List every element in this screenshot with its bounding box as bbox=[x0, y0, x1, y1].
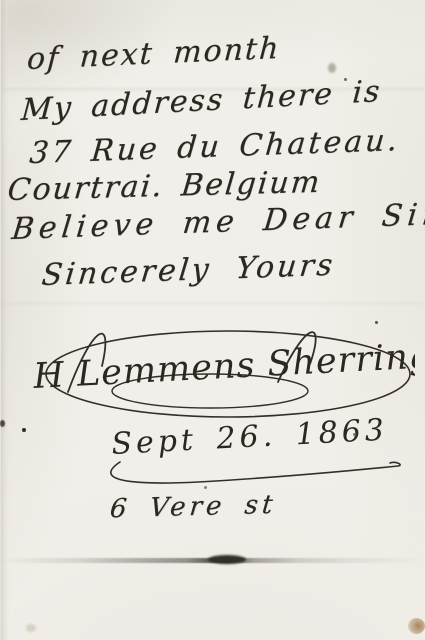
footer-address-line: 6 Vere st bbox=[109, 490, 278, 524]
date-block: Sept 26. 1863 bbox=[88, 416, 418, 488]
letter-line: Sincerely Yours bbox=[40, 248, 337, 293]
ink-speck bbox=[344, 78, 347, 81]
signature-text: H Lemmens Sherrington bbox=[31, 333, 415, 397]
letter-page: of next month My address there is 37 Rue… bbox=[0, 0, 425, 640]
letter-line: 37 Rue du Chateau. bbox=[28, 123, 402, 171]
date-underline-flourish bbox=[111, 462, 400, 483]
ink-speck bbox=[353, 433, 356, 436]
letter-line: of next month bbox=[26, 31, 281, 77]
letter-line: Courtrai. Belgium bbox=[6, 165, 323, 208]
ink-speck bbox=[22, 428, 26, 432]
paper-edge-left bbox=[0, 0, 10, 640]
date-text: Sept 26. 1863 bbox=[111, 416, 389, 462]
corner-stain bbox=[408, 618, 425, 634]
ink-speck bbox=[375, 321, 378, 324]
ink-speck bbox=[0, 420, 5, 427]
letter-line: My address there is bbox=[20, 74, 383, 128]
fold-smudge-blob bbox=[208, 555, 246, 564]
signature-block: H Lemmens Sherrington bbox=[10, 308, 415, 423]
ink-speck bbox=[204, 486, 207, 489]
ink-speck bbox=[328, 63, 336, 73]
paper-blemish bbox=[26, 624, 36, 632]
